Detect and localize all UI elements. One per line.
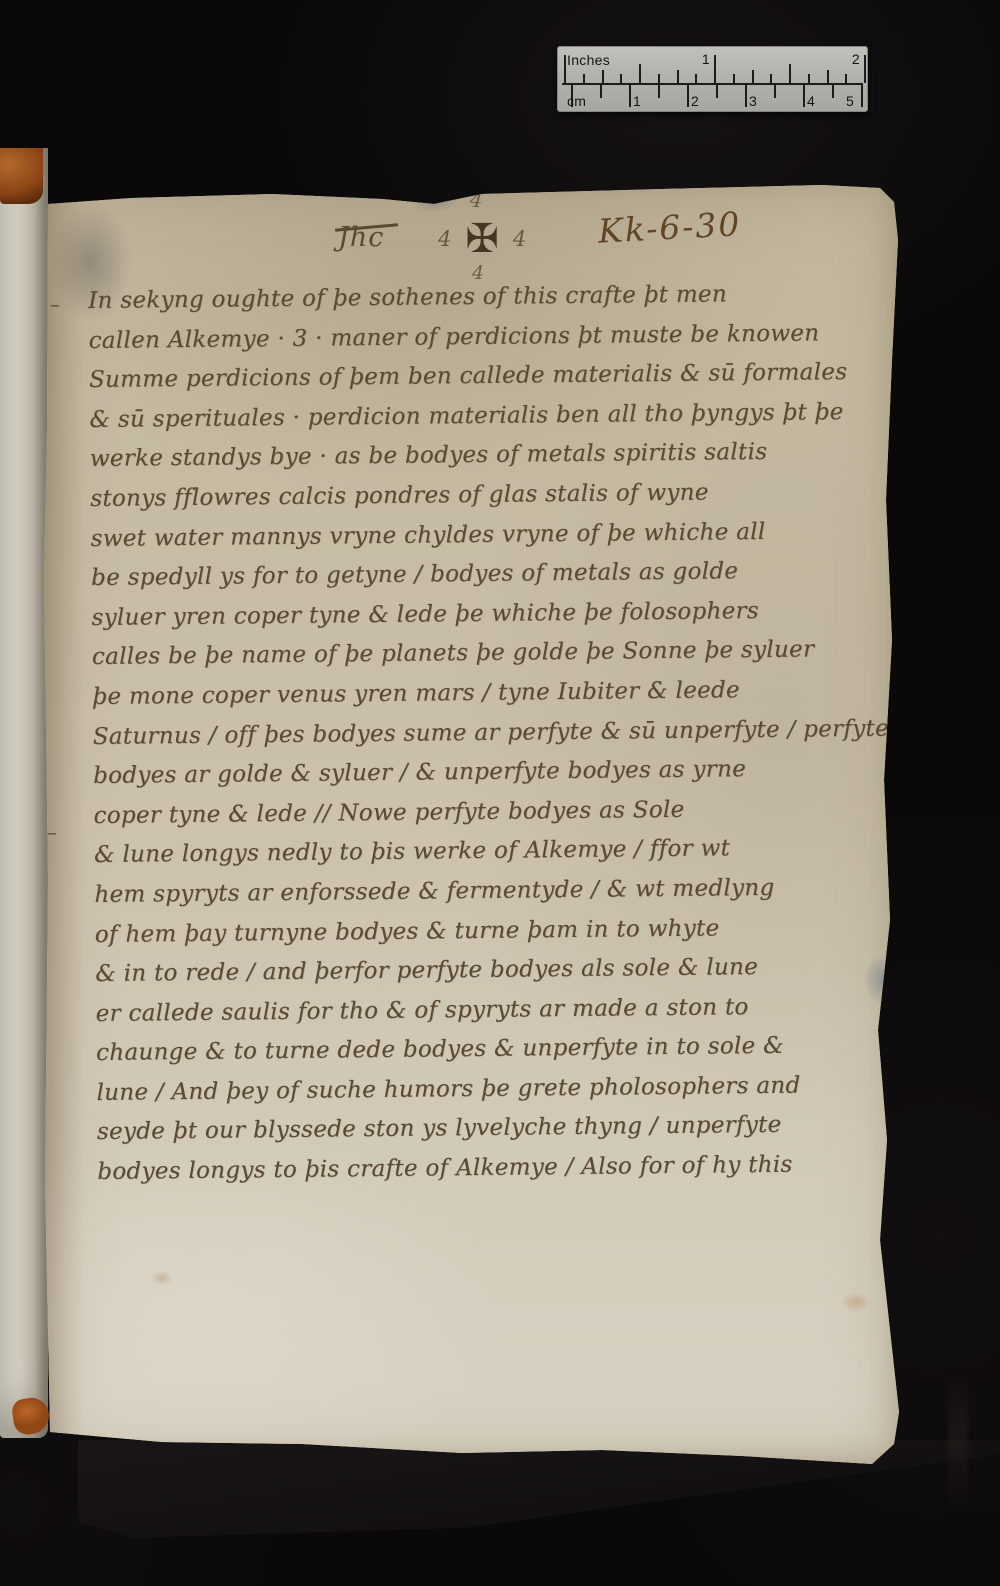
manuscript-line: bodyes longys to þis crafte of Alkemye /… (97, 1146, 809, 1193)
measuring-ruler: Inches 1 2 cm 1 2 3 4 5 (557, 46, 868, 112)
manuscript-line: bodyes ar golde & syluer / & unperfyte b… (93, 750, 805, 797)
ruler-cm-5-label: 5 (846, 93, 854, 109)
manuscript-line: stonys fflowres calcis pondres of glas s… (90, 473, 802, 520)
leather-binding-corner-top (0, 148, 43, 204)
cross-mark-right: 4 (513, 227, 526, 251)
manuscript-line: & in to rede / and þerfor perfyte bodyes… (95, 948, 807, 995)
cross-mark-left: 4 (438, 227, 451, 251)
ruler-cm-ticks (558, 85, 867, 109)
jhc-monogram: Jhc (338, 222, 384, 253)
background-streak (948, 1368, 968, 1524)
margin-mark: – (47, 820, 57, 844)
shelfmark: Kk-6-30 (597, 204, 742, 250)
manuscript-line: þe mone coper venus yren mars / tyne Iub… (92, 670, 804, 717)
ruler-cm-3-label: 3 (749, 93, 757, 109)
book-fore-edge (0, 148, 48, 1438)
manuscript-line: hem spyryts ar enforssede & fermentyde /… (94, 868, 806, 915)
manuscript-photograph: { "ruler": { "top_unit": "Inches", "bott… (0, 0, 1000, 1586)
ruler-inches-label: Inches (567, 52, 610, 68)
ruler-inch-2-label: 2 (842, 51, 860, 67)
ruler-inch-1-label: 1 (692, 51, 710, 67)
ruler-cm-1-label: 1 (633, 93, 641, 109)
cross-pattee-icon: ✠ (465, 216, 499, 262)
ruler-cm-2-label: 2 (691, 93, 699, 109)
cross-mark-above: 4 (469, 187, 484, 212)
cross-group: 4 ✠ 4 (438, 216, 526, 262)
manuscript-text-block: In sekyng oughte of þe sothenes of this … (88, 275, 809, 1193)
ruler-cm-label: cm (567, 93, 586, 109)
manuscript-line: In sekyng oughte of þe sothenes of this … (88, 275, 800, 322)
margin-mark: – (50, 292, 60, 316)
manuscript-page: Jhc 4 4 ✠ 4 4 Kk-6-30 – – In sekyng ough… (42, 180, 902, 1468)
ruler-cm-4-label: 4 (807, 93, 815, 109)
